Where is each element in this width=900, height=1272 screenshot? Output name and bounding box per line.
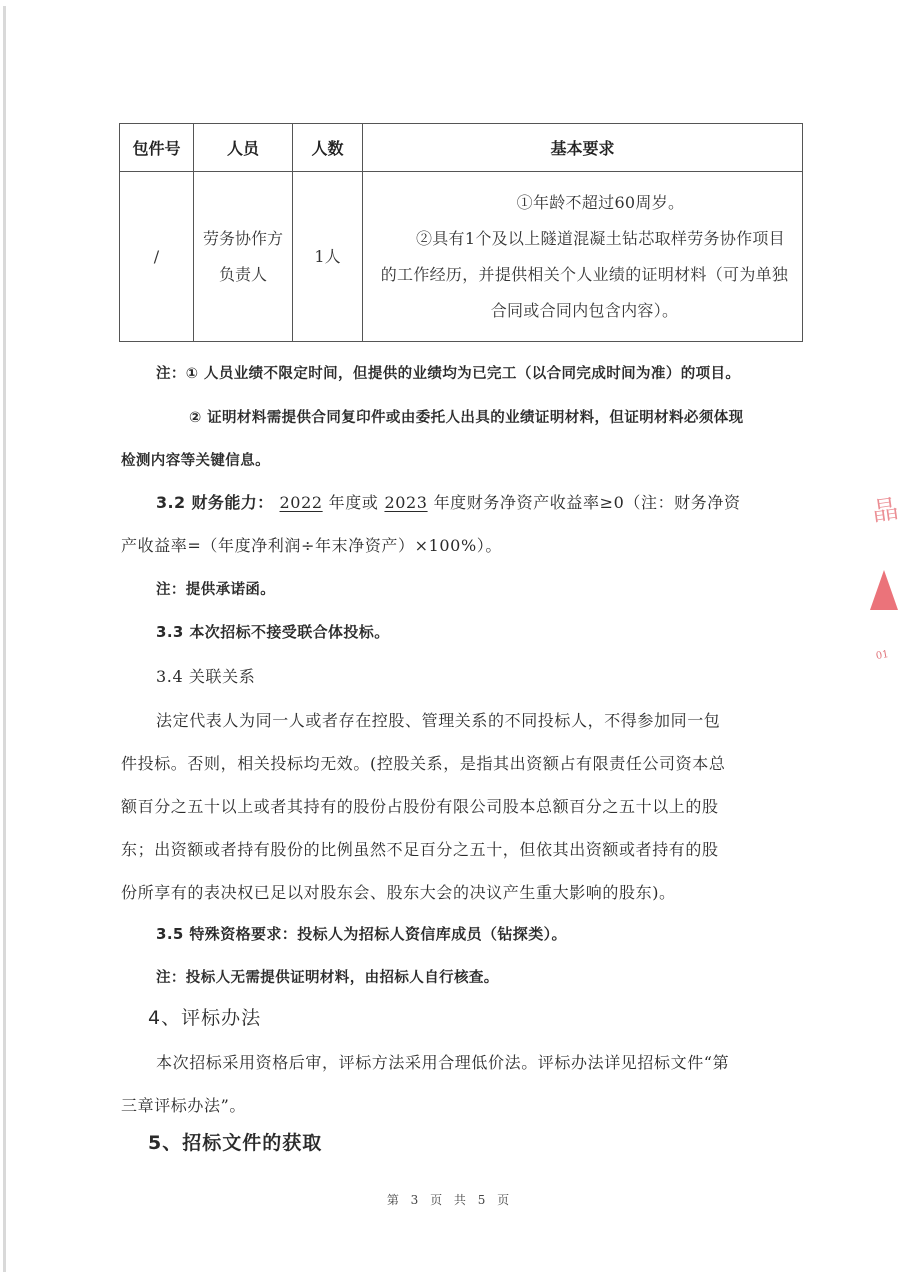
page-number-footer: 第 3 页 共 5 页 <box>0 1191 900 1208</box>
personnel-requirements-table: 包件号 人员 人数 基本要求 / 劳务协作方 负责人 1人 ①年龄不超过60周岁… <box>119 123 803 342</box>
note-2-line-1: ② 证明材料需提供合同复印件或由委托人出具的业绩证明材料，但证明材料必须体现 <box>189 406 744 427</box>
section-3-2-line-1: 3.2 财务能力：2022年度或2023年度财务净资产收益率≥0（注：财务净资 <box>156 490 741 513</box>
table-header-row: 包件号 人员 人数 基本要求 <box>120 124 803 172</box>
header-requirements: 基本要求 <box>363 124 803 172</box>
section-3-2-label: 3.2 财务能力： <box>156 493 274 512</box>
section-3-2-note: 注：提供承诺函。 <box>156 578 275 599</box>
stamp-star-icon <box>870 570 898 610</box>
year-1: 2022 <box>274 493 329 512</box>
section-3-4-line: 额百分之五十以上或者其持有的股份占股份有限公司股本总额百分之五十以上的股 <box>121 794 719 817</box>
requirement-line: ②具有1个及以上隧道混凝土钻芯取样劳务协作项目 <box>367 221 802 257</box>
personnel-line: 劳务协作方 <box>194 221 292 257</box>
table-row: / 劳务协作方 负责人 1人 ①年龄不超过60周岁。 ②具有1个及以上隧道混凝土… <box>120 172 803 342</box>
cell-requirements: ①年龄不超过60周岁。 ②具有1个及以上隧道混凝土钻芯取样劳务协作项目 的工作经… <box>363 172 803 342</box>
section-5-title: 5、招标文件的获取 <box>148 1128 322 1155</box>
stamp-code: 01 <box>875 649 889 662</box>
cell-personnel: 劳务协作方 负责人 <box>194 172 293 342</box>
section-3-2-rest: 年度财务净资产收益率≥0（注：财务净资 <box>434 493 741 512</box>
section-3-4-line: 东；出资额或者持有股份的比例虽然不足百分之五十，但依其出资额或者持有的股 <box>121 837 719 860</box>
cell-package-no: / <box>120 172 194 342</box>
section-3-4-line: 份所享有的表决权已足以对股东会、股东大会的决议产生重大影响的股东)。 <box>121 880 676 903</box>
header-package-no: 包件号 <box>120 124 194 172</box>
document-page: 包件号 人员 人数 基本要求 / 劳务协作方 负责人 1人 ①年龄不超过60周岁… <box>0 0 900 1272</box>
cell-count: 1人 <box>293 172 363 342</box>
note-2-line-2: 检测内容等关键信息。 <box>121 449 270 470</box>
section-3-2-line-2: 产收益率=（年度净利润÷年末净资产）×100%）。 <box>121 533 502 556</box>
section-3-5-note: 注：投标人无需提供证明材料，由招标人自行核查。 <box>156 966 499 987</box>
year-2: 2023 <box>378 493 433 512</box>
scan-edge <box>3 6 6 1272</box>
header-personnel: 人员 <box>194 124 293 172</box>
section-3-4-line: 件投标。否则，相关投标均无效。(控股关系，是指其出资额占有限责任公司资本总 <box>121 751 725 774</box>
header-count: 人数 <box>293 124 363 172</box>
personnel-line: 负责人 <box>194 257 292 293</box>
red-seal-stamp: 晶 01 <box>860 490 900 680</box>
note-1: 注：① 人员业绩不限定时间，但提供的业绩均为已完工（以合同完成时间为准）的项目。 <box>156 362 740 383</box>
section-4-line-1: 本次招标采用资格后审，评标方法采用合理低价法。评标办法详见招标文件“第 <box>156 1050 729 1073</box>
section-4-title: 4、评标办法 <box>148 1003 261 1030</box>
stamp-glyph: 晶 <box>870 490 900 529</box>
section-3-5: 3.5 特殊资格要求：投标人为招标人资信库成员（钻探类）。 <box>156 923 567 944</box>
requirement-line: 合同或合同内包含内容）。 <box>367 293 802 329</box>
section-3-4-title: 3.4 关联关系 <box>156 664 255 687</box>
requirement-line: ①年龄不超过60周岁。 <box>367 185 802 221</box>
section-3-4-line: 法定代表人为同一人或者存在控股、管理关系的不同投标人，不得参加同一包 <box>156 708 720 731</box>
requirement-line: 的工作经历，并提供相关个人业绩的证明材料（可为单独 <box>367 257 802 293</box>
section-3-2-mid: 年度或 <box>329 493 379 512</box>
section-3-3: 3.3 本次招标不接受联合体投标。 <box>156 621 390 642</box>
section-4-line-2: 三章评标办法”。 <box>121 1093 246 1116</box>
